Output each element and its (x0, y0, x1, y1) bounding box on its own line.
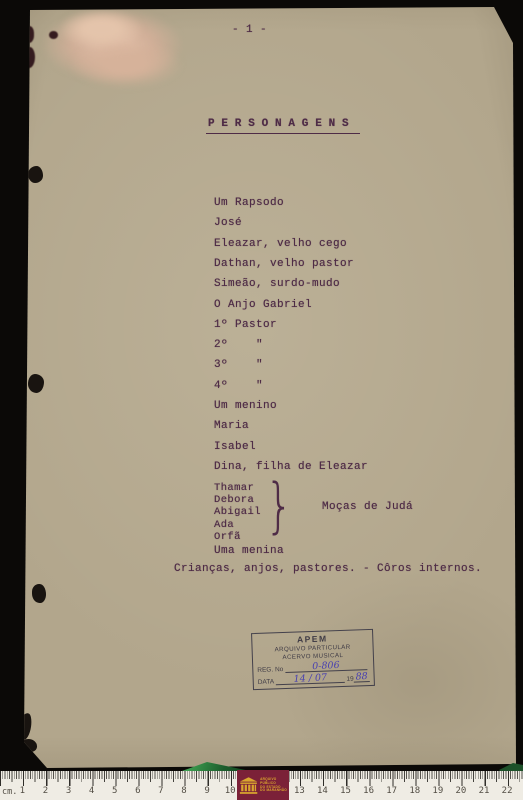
character-line: José (214, 217, 242, 229)
character-line: Orfã (214, 531, 241, 543)
ruler-number: 15 (340, 786, 351, 796)
ink-blot (32, 584, 46, 603)
ruler-number: 14 (317, 786, 328, 796)
page-title: PERSONAGENS (206, 118, 360, 134)
ruler-number: 3 (66, 786, 71, 796)
date-daymonth-handwritten: 14 / 07 (293, 674, 327, 684)
ruler-number: 20 (455, 786, 466, 796)
archive-stamp: APEM ARQUIVO PARTICULAR ACERVO MUSICAL R… (251, 629, 375, 690)
ruler-unit-label: cm. (2, 787, 17, 797)
character-line: Uma menina (214, 545, 284, 557)
character-line: 2º " (214, 339, 263, 351)
ink-blot (17, 712, 33, 740)
scanned-document-view: - 1 - PERSONAGENS Um RapsodoJoséEleazar,… (0, 0, 523, 800)
character-line: Isabel (214, 441, 256, 453)
paper-stain (56, 8, 146, 50)
ruler-number: 21 (479, 786, 490, 796)
ink-blot (21, 739, 37, 752)
ruler-number: 18 (409, 786, 420, 796)
character-line: 3º " (214, 359, 263, 371)
archive-logo: ARQUIVOPÚBLICODO ESTADODO MARANHÃO (237, 770, 289, 800)
character-line: Dathan, velho pastor (214, 258, 354, 270)
ink-blot (28, 166, 43, 183)
ruler-number: 1 (20, 786, 25, 796)
character-line: Abigail (214, 506, 261, 518)
ruler-number: 22 (502, 786, 513, 796)
character-line: Eleazar, velho cego (214, 238, 347, 250)
character-line: 4º " (214, 380, 263, 392)
logo-text-line: DO MARANHÃO (260, 789, 287, 793)
stain-spot (22, 26, 34, 43)
character-line: Debora (214, 494, 254, 506)
date-year-handwritten: 88 (355, 673, 367, 682)
document-page: - 1 - PERSONAGENS Um RapsodoJoséEleazar,… (0, 0, 523, 775)
archive-logo-text: ARQUIVOPÚBLICODO ESTADODO MARANHÃO (260, 778, 287, 793)
character-line: Um Rapsodo (214, 197, 284, 209)
ruler-number: 8 (181, 786, 186, 796)
page-number: - 1 - (232, 24, 267, 36)
ruler-number: 10 (225, 786, 236, 796)
date-label: DATA (258, 678, 275, 686)
ruler-number: 4 (89, 786, 94, 796)
character-line: Maria (214, 420, 249, 432)
group-brace: } (265, 476, 292, 536)
character-line: O Anjo Gabriel (214, 299, 312, 311)
character-line: Ada (214, 519, 234, 531)
reg-value-handwritten: 0-806 (312, 662, 340, 671)
date-value-field: 14 / 07 (276, 674, 345, 685)
stain-spot (24, 47, 35, 68)
ink-blot (28, 374, 44, 393)
ruler-number: 2 (43, 786, 48, 796)
ruler-number: 17 (386, 786, 397, 796)
ruler-number: 19 (432, 786, 443, 796)
ruler-number: 5 (112, 786, 117, 796)
stain-spot (49, 31, 58, 39)
arquivo-building-icon (239, 775, 258, 797)
character-line: Um menino (214, 400, 277, 412)
cast-footer-line: Crianças, anjos, pastores. - Côros inter… (174, 563, 482, 575)
group-label: Moças de Judá (322, 501, 413, 513)
ruler-number: 7 (158, 786, 163, 796)
character-line: Thamar (214, 482, 254, 494)
ruler-number: 16 (363, 786, 374, 796)
measurement-ruler: cm. 1234567891013141516171819202122 ARQU… (0, 771, 523, 800)
ruler-number: 9 (204, 786, 209, 796)
character-line: 1º Pastor (214, 319, 277, 331)
character-line: Simeão, surdo-mudo (214, 278, 340, 290)
stamp-date-row: DATA 14 / 07 19 88 (258, 673, 370, 686)
ruler-number: 6 (135, 786, 140, 796)
reg-label: REG. No (257, 666, 283, 674)
date-year-field: 88 (354, 673, 370, 683)
ruler-number: 13 (294, 786, 305, 796)
